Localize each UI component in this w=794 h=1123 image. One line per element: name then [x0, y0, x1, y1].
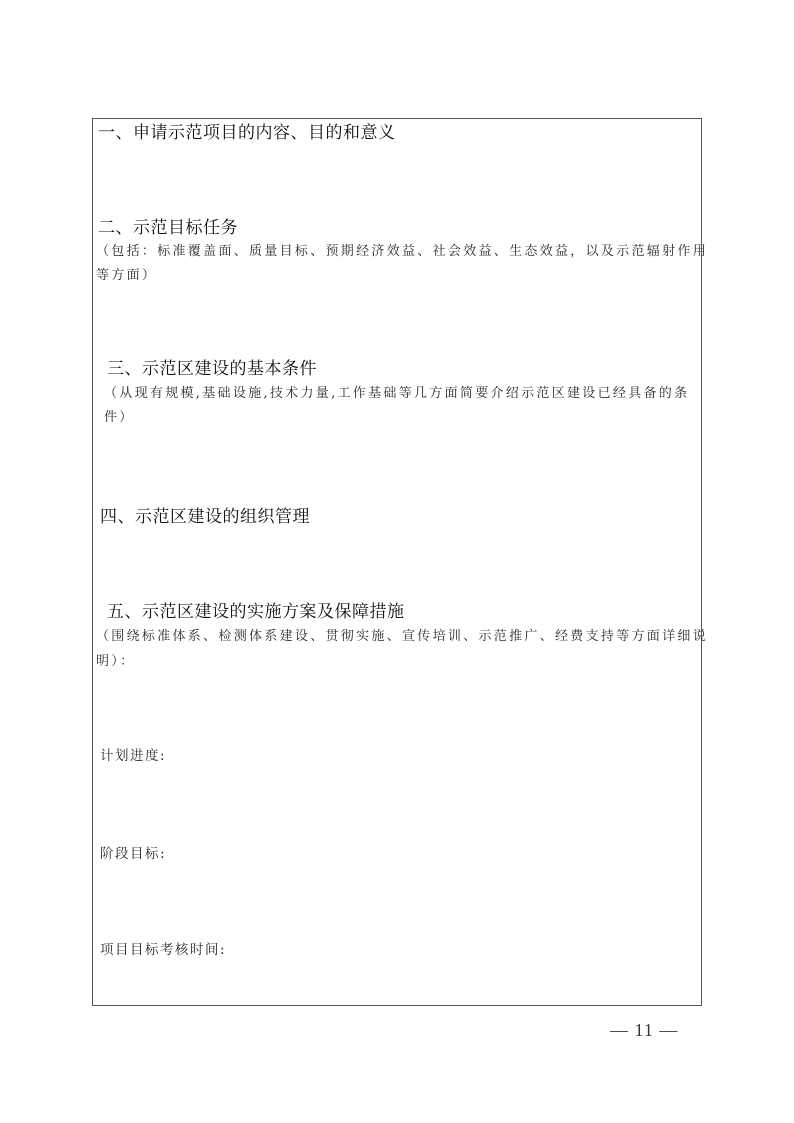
- section-1-heading: 一、申请示范项目的内容、目的和意义: [98, 123, 396, 143]
- section-2-note-line-2: 等方面）: [96, 264, 157, 288]
- section-2-heading: 二、示范目标任务: [98, 218, 238, 238]
- section-5-heading: 五、示范区建设的实施方案及保障措施: [107, 602, 405, 622]
- assessment-time-label: 项目目标考核时间:: [100, 941, 226, 959]
- section-5-note-line-1: （围绕标准体系、检测体系建设、贯彻实施、宣传培训、示范推广、经费支持等方面详细说: [96, 625, 708, 649]
- plan-schedule-label: 计划进度:: [100, 747, 166, 765]
- section-3-note-line-1: （从现有规模,基础设施,技术力量,工作基础等几方面简要介绍示范区建设已经具备的条: [104, 382, 689, 406]
- section-3-heading: 三、示范区建设的基本条件: [107, 359, 317, 379]
- section-3-note-line-2: 件）: [104, 406, 135, 430]
- section-4-heading: 四、示范区建设的组织管理: [100, 507, 310, 527]
- form-content: 一、申请示范项目的内容、目的和意义 二、示范目标任务 （包括：标准覆盖面、质量目…: [0, 0, 794, 1123]
- stage-goals-label: 阶段目标:: [100, 845, 166, 863]
- page-number: — 11 —: [610, 1020, 678, 1041]
- section-2-note-line-1: （包括：标准覆盖面、质量目标、预期经济效益、社会效益、生态效益，以及示范辐射作用: [96, 240, 708, 264]
- section-5-note-line-2: 明）：: [96, 650, 135, 674]
